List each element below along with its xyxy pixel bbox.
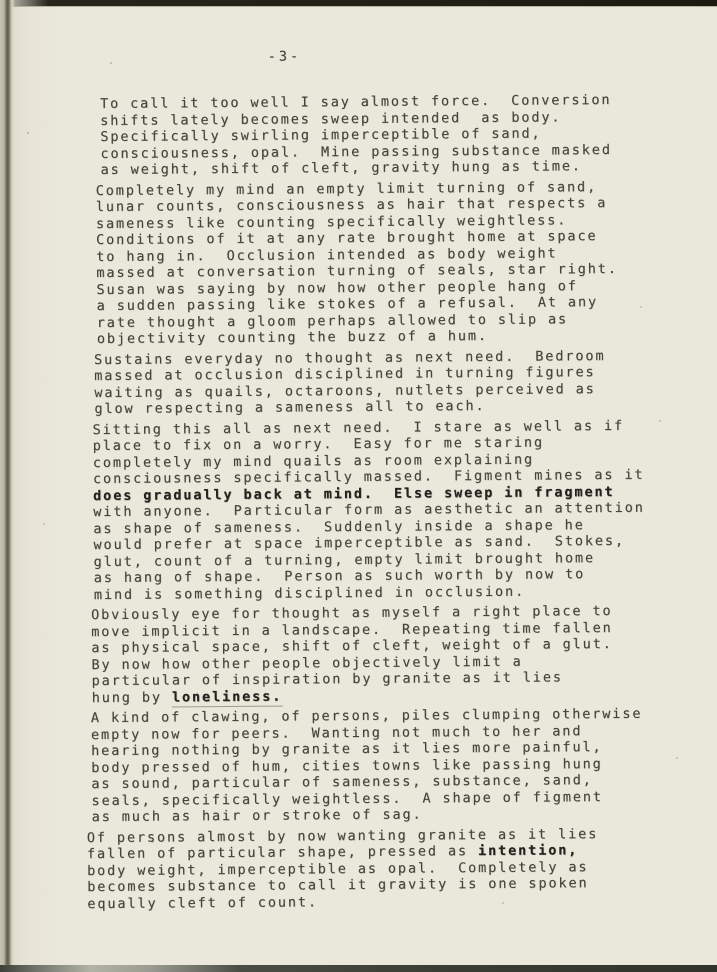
paragraph: Sustains everyday no thought as next nee… — [94, 347, 709, 418]
paragraph: A kind of clawing, of persons, piles clu… — [91, 705, 713, 825]
paragraph: Obviously eye for thought as myself a ri… — [91, 602, 712, 706]
page-body: To call it too well I say almost force. … — [0, 91, 713, 917]
scan-edge-top — [0, 0, 717, 6]
paragraph: To call it too well I say almost force. … — [100, 91, 708, 178]
paragraph: Sitting this all as next need. I stare a… — [93, 417, 711, 603]
scanned-page: -3- To call it too well I say almost for… — [0, 0, 717, 972]
paragraph: Completely my mind an empty limit turnin… — [96, 178, 709, 348]
paragraph: Of persons almost by now wanting granite… — [87, 825, 714, 912]
scan-edge-left — [0, 0, 15, 972]
scan-edge-bottom — [0, 965, 717, 972]
page-number: -3- — [268, 48, 302, 65]
